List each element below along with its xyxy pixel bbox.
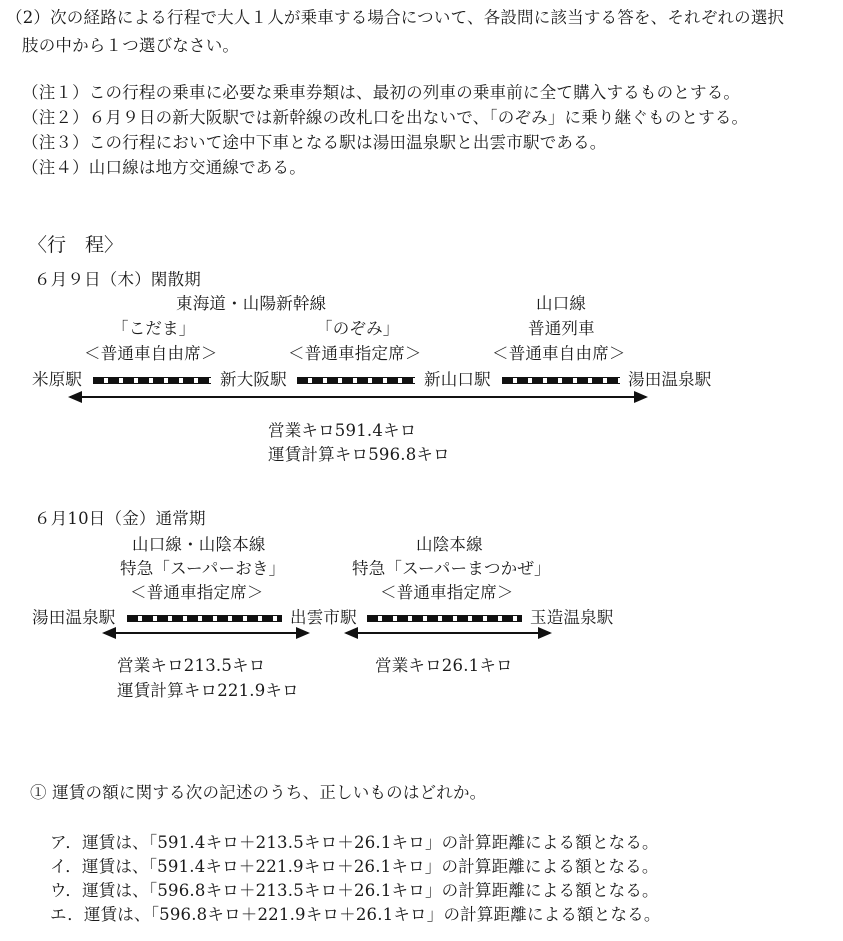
day1-eigyo-km: 営業キロ591.4キロ (268, 423, 416, 440)
note-2: （注２）６月９日の新大阪駅では新幹線の改札口を出ないで、「のぞみ」に乗り継ぐもの… (22, 110, 748, 127)
day1-date: ６月９日（木）閑散期 (34, 272, 201, 289)
note-3: （注３）この行程において途中下車となる駅は湯田温泉駅と出雲市駅である。 (22, 135, 607, 152)
day1-line-shinkansen: 東海道・山陽新幹線 (176, 296, 326, 313)
day2-date: ６月10日（金）通常期 (34, 511, 206, 528)
day1-seg1-train: 「こだま」 (112, 321, 196, 338)
day1-seg3-line: 山口線 (536, 296, 586, 313)
day2-seg1-eigyo-km: 営業キロ213.5キロ (117, 658, 265, 675)
day1-seg2-seat: ＜普通車指定席＞ (288, 346, 422, 363)
day1-unchin-km: 運賃計算キロ596.8キロ (268, 447, 450, 464)
day2-seg1-line: 山口線・山陰本線 (132, 537, 266, 554)
question-intro-line1: （2）次の経路による行程で大人１人が乗車する場合について、各設問に該当する答を、… (6, 10, 784, 27)
day1-seg2-train: 「のぞみ」 (316, 321, 400, 338)
track-segment (127, 615, 282, 622)
note-1: （注１）この行程の乗車に必要な乗車券類は、最初の列車の乗車前に全て購入するものと… (22, 85, 740, 102)
choice-e[interactable]: エ．運賃は、「596.8キロ＋221.9キロ＋26.1キロ」の計算距離による額と… (50, 907, 661, 924)
choice-i[interactable]: イ．運賃は、「591.4キロ＋221.9キロ＋26.1キロ」の計算距離による額と… (50, 859, 659, 876)
subquestion-prompt: ① 運賃の額に関する次の記述のうち、正しいものはどれか。 (30, 785, 486, 802)
day1-seg3-train: 普通列車 (528, 321, 595, 338)
station-shin-osaka: 新大阪駅 (220, 372, 287, 389)
distance-arrow (70, 396, 646, 398)
choice-u[interactable]: ウ．運賃は、「596.8キロ＋213.5キロ＋26.1キロ」の計算距離による額と… (50, 883, 659, 900)
day1-seg3-seat: ＜普通車自由席＞ (492, 346, 626, 363)
choice-a[interactable]: ア．運賃は、「591.4キロ＋213.5キロ＋26.1キロ」の計算距離による額と… (50, 835, 659, 852)
station-yuda-onsen: 湯田温泉駅 (628, 372, 712, 389)
day2-seg2-line: 山陰本線 (416, 537, 483, 554)
station-yuda-onsen-day2: 湯田温泉駅 (32, 610, 116, 627)
day2-seg2-eigyo-km: 営業キロ26.1キロ (375, 658, 513, 675)
distance-arrow (346, 632, 550, 634)
station-izumoshi: 出雲市駅 (290, 610, 357, 627)
day2-seg1-seat: ＜普通車指定席＞ (130, 585, 264, 602)
station-shin-yamaguchi: 新山口駅 (424, 372, 491, 389)
station-maibara: 米原駅 (32, 372, 82, 389)
itinerary-heading: 〈行 程〉 (28, 236, 123, 255)
question-intro-line2: 肢の中から１つ選びなさい。 (22, 38, 239, 55)
day2-seg2-train: 特急「スーパーまつかぜ」 (352, 561, 551, 578)
track-segment (297, 377, 415, 384)
distance-arrow (104, 632, 308, 634)
note-4: （注４）山口線は地方交通線である。 (22, 160, 306, 177)
station-tamatsukuri-onsen: 玉造温泉駅 (530, 610, 614, 627)
day2-seg1-unchin-km: 運賃計算キロ221.9キロ (117, 683, 299, 700)
track-segment (367, 615, 522, 622)
day2-seg2-seat: ＜普通車指定席＞ (380, 585, 514, 602)
day1-seg1-seat: ＜普通車自由席＞ (84, 346, 218, 363)
track-segment (502, 377, 620, 384)
track-segment (93, 377, 211, 384)
day2-seg1-train: 特急「スーパーおき」 (120, 561, 285, 578)
